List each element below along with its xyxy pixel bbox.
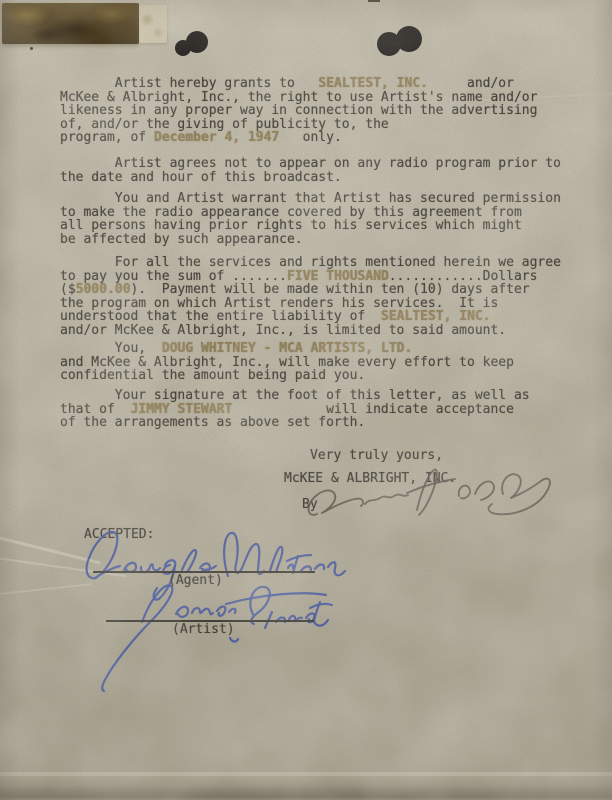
text-line: confidential the amount being paid you.: [60, 369, 514, 383]
text-line: Your signature at the foot of this lette…: [60, 389, 530, 403]
officer-signature: [303, 458, 568, 530]
paragraph: Artist hereby grants to SEALTEST, INC. a…: [60, 77, 537, 145]
artist-line-label: (Artist): [172, 623, 235, 637]
typewritten-text: only.: [279, 130, 342, 145]
text-line: program, of December 4, 1947 only.: [60, 131, 537, 145]
stamped-text: December 4, 1947: [154, 130, 279, 145]
paragraph: For all the services and rights mentione…: [60, 256, 561, 337]
paragraph: Artist agrees not to appear on any radio…: [60, 157, 561, 184]
text-line: You, DOUG WHITNEY - MCA ARTISTS, LTD.: [60, 342, 514, 356]
paragraph: You and Artist warrant that Artist has s…: [60, 192, 561, 246]
typewritten-text: be affected by such appearance.: [60, 232, 303, 247]
text-line: ($5000.00). Payment will be made within …: [60, 283, 561, 297]
text-line: the program on which Artist renders his …: [60, 297, 561, 311]
typewritten-text: of the arrangements as above set forth.: [60, 415, 365, 430]
text-line: likeness in any proper way in connection…: [60, 104, 537, 118]
text-line: For all the services and rights mentione…: [60, 256, 561, 270]
text-line: understood that the entire liability of …: [60, 310, 561, 324]
typewritten-text: and/or McKee & Albright, Inc., is limite…: [60, 323, 506, 338]
text-line: to pay you the sum of .......FIVE THOUSA…: [60, 270, 561, 284]
ink-speck: [30, 47, 33, 50]
text-line: that of JIMMY STEWART will indicate acce…: [60, 403, 530, 417]
text-line: the date and hour of this broadcast.: [60, 171, 561, 185]
text-line: Artist hereby grants to SEALTEST, INC. a…: [60, 77, 537, 91]
typewritten-text: the date and hour of this broadcast.: [60, 170, 342, 185]
text-line: of, and/or the giving of publicity to, t…: [60, 118, 537, 132]
scanned-letter-page: Artist hereby grants to SEALTEST, INC. a…: [0, 0, 612, 800]
paragraph: You, DOUG WHITNEY - MCA ARTISTS, LTD.and…: [60, 342, 514, 383]
text-line: of the arrangements as above set forth.: [60, 416, 530, 430]
text-line: be affected by such appearance.: [60, 233, 561, 247]
text-line: all persons having prior rights to his s…: [60, 219, 561, 233]
typewritten-text: program, of: [60, 130, 154, 145]
text-line: You and Artist warrant that Artist has s…: [60, 192, 561, 206]
artist-signature: [76, 576, 332, 701]
text-line: and/or McKee & Albright, Inc., is limite…: [60, 324, 561, 338]
text-line: to make the radio appearance covered by …: [60, 206, 561, 220]
typewritten-text: confidential the amount being paid you.: [60, 368, 365, 383]
paragraph: Your signature at the foot of this lette…: [60, 389, 530, 430]
text-line: Artist agrees not to appear on any radio…: [60, 157, 561, 171]
text-line: and McKee & Albright, Inc., will make ev…: [60, 356, 514, 370]
text-line: McKee & Albright, Inc., the right to use…: [60, 91, 537, 105]
